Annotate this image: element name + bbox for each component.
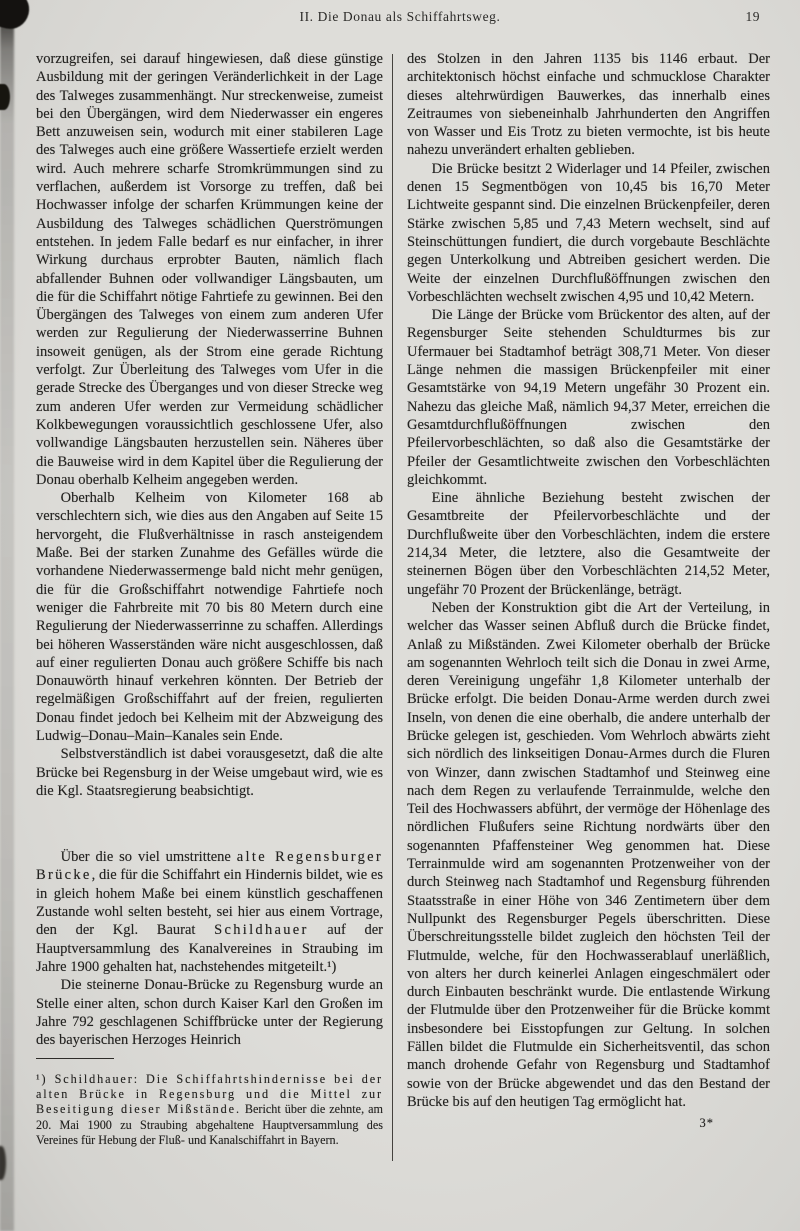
footnote: ¹) Schildhauer: Die Schiffahrtshindernis… [36,1058,383,1148]
text-segment: Die Länge der Brücke vom Brückentor des … [407,307,770,488]
scanned-book-page: II. Die Donau als Schiffahrtsweg. 19 vor… [0,0,800,1231]
signature-mark: 3* [407,1114,770,1132]
text-segment: vorzugreifen, sei darauf hingewiesen, da… [36,51,383,488]
paragraph: Neben der Konstruktion gibt die Art der … [407,599,770,1111]
letterspaced-text: Schildhauer [214,922,309,938]
paragraph: des Stolzen in den Jahren 1135 bis 1146 … [407,50,770,160]
paragraph: vorzugreifen, sei darauf hingewiesen, da… [36,50,383,489]
paragraph: Die Länge der Brücke vom Brückentor des … [407,306,770,489]
text-segment: Über die so viel umstrittene [61,849,237,865]
text-segment: Die Brücke besitzt 2 Widerlager und 14 P… [407,161,770,305]
left-column: vorzugreifen, sei darauf hingewiesen, da… [36,50,392,1161]
paragraph: Eine ähnliche Beziehung besteht zwischen… [407,489,770,599]
paragraph: Die steinerne Donau-Brücke zu Regensburg… [36,976,383,1049]
text-segment: Neben der Konstruktion gibt die Art der … [407,600,770,1110]
paragraph: Selbstverständlich ist dabei vorausgeset… [36,745,383,800]
chapter-title: II. Die Donau als Schiffahrtsweg. [299,9,500,24]
footnote-rule [36,1058,114,1059]
paragraph: Über die so viel umstrittene alte Regens… [36,848,383,976]
text-segment: Oberhalb Kelheim von Kilometer 168 ab ve… [36,490,383,744]
text-segment: Eine ähnliche Beziehung besteht zwischen… [407,490,770,597]
text-segment: des Stolzen in den Jahren 1135 bis 1146 … [407,51,770,158]
text-segment: Selbstverständlich ist dabei vorausgeset… [36,746,383,799]
paragraph: Oberhalb Kelheim von Kilometer 168 ab ve… [36,489,383,745]
text-segment: Die steinerne Donau-Brücke zu Regensburg… [36,977,383,1048]
right-column: des Stolzen in den Jahren 1135 bis 1146 … [393,50,770,1161]
right-column-paragraphs: des Stolzen in den Jahren 1135 bis 1146 … [407,50,770,1111]
left-column-paragraphs: vorzugreifen, sei darauf hingewiesen, da… [36,50,383,1049]
paragraph: Die Brücke besitzt 2 Widerlager und 14 P… [407,160,770,306]
page-number: 19 [746,9,761,25]
running-head: II. Die Donau als Schiffahrtsweg. 19 [0,0,800,39]
two-column-text: vorzugreifen, sei darauf hingewiesen, da… [0,39,800,1161]
footnote-text: ¹) Schildhauer: Die Schiffahrtshindernis… [36,1072,383,1149]
